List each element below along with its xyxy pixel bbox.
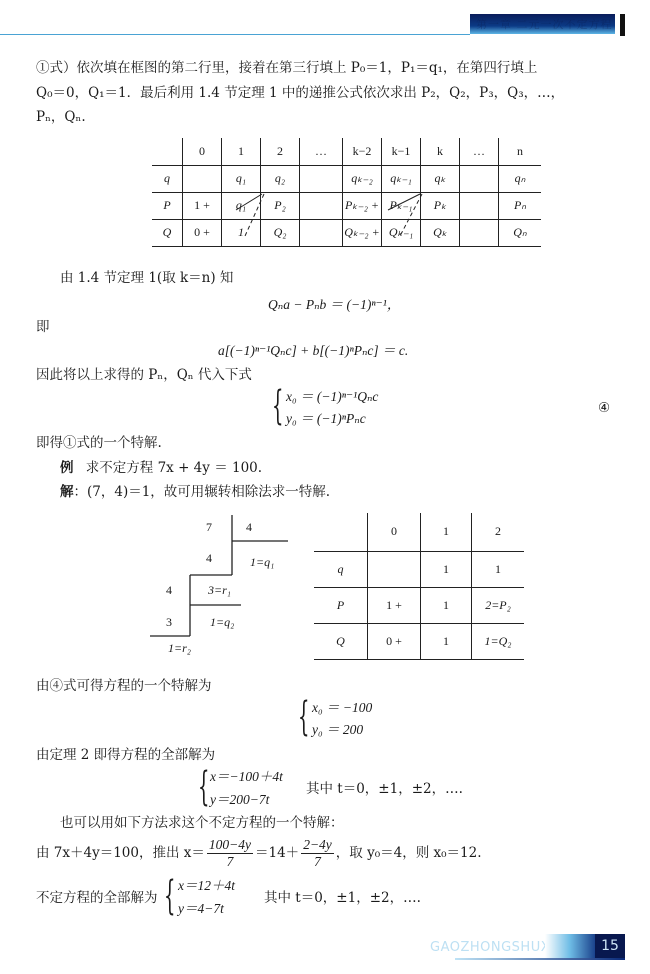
label-ji: 即 <box>36 317 50 337</box>
para1-line1: ①式）依次填在框图的第二行里，接着在第三行填上 P₀＝1，P₁＝q₁，在第四行填… <box>36 58 537 78</box>
para1-line3: Pₙ，Qₙ. <box>36 107 86 127</box>
alt-method-text: 也可以用如下方法求这个不定方程的一个特解： <box>60 813 344 833</box>
fraction-1: 100−4y7 <box>207 837 253 870</box>
system3-y: y＝200−7t <box>210 790 269 810</box>
equation-1: Qₙa − Pₙb ＝ (−1)ⁿ⁻¹， <box>268 295 400 315</box>
example-recurrence-table: 0 1 2 q 1 1 P 1 + 1 2=P₂ Q 0 + 1 1=Q₂ <box>314 513 524 660</box>
equation-2: a[(−1)ⁿ⁻¹Qₙc] + b[(−1)ⁿPₙc] ＝ c. <box>218 341 408 361</box>
page-number: 15 <box>595 934 625 958</box>
theorem-intro: 由 1.4 节定理 1(取 k＝n) 知 <box>60 268 233 288</box>
solution-text: ：(7，4)＝1，故可用辗转相除法求一特解. <box>74 484 331 500</box>
t2-row-p: P 1 + 1 2=P₂ <box>314 587 524 623</box>
brace-system-2: { <box>298 697 309 737</box>
derivation: 由 7x＋4y＝100，推出 x＝100−4y7＝14＋2−4y7，取 y₀＝4… <box>36 836 482 870</box>
t2-row-q: q 1 1 <box>314 551 524 587</box>
equation-marker-4: ④ <box>598 398 610 418</box>
system4-where: 其中 t＝0，±1，±2，…. <box>264 888 421 908</box>
brace-system-3: { <box>198 767 209 807</box>
example-label: 例 <box>60 460 74 476</box>
brace-system-1: { <box>272 386 283 426</box>
recurrence-table: 0 1 2 … k−2 k−1 k … n q q₁ q₂ qₖ₋₂ qₖ₋₁ … <box>152 138 541 247</box>
recurrence-arrows <box>152 138 542 250</box>
substitute-text: 因此将以上求得的 Pₙ，Qₙ 代入下式 <box>36 365 252 385</box>
t2-row-q-upper: Q 0 + 1 1=Q₂ <box>314 623 524 659</box>
solution-label: 解 <box>60 484 74 500</box>
system1-y: y₀ ＝ (−1)ⁿPₙc <box>286 409 366 429</box>
all-solutions-label: 不定方程的全部解为 <box>36 888 158 908</box>
theorem2-text: 由定理 2 即得方程的全部解为 <box>36 745 215 765</box>
footer-rule <box>455 958 625 960</box>
system1-x: x₀ ＝ (−1)ⁿ⁻¹Qₙc <box>286 387 378 407</box>
system4-x: x＝12＋4t <box>178 876 235 896</box>
particular-text: 即得①式的一个特解. <box>36 433 162 453</box>
system2-y: y₀ ＝ 200 <box>312 720 363 740</box>
from-equation-4: 由④式可得方程的一个特解为 <box>36 676 212 696</box>
header-rule <box>0 34 470 35</box>
system2-x: x₀ ＝ −100 <box>312 698 372 718</box>
solution: 解：(7，4)＝1，故可用辗转相除法求一特解. <box>60 482 330 502</box>
para1-line2: Q₀＝0，Q₁＝1．最后利用 1.4 节定理 1 中的递推公式依次求出 P₂，Q… <box>36 83 564 103</box>
header-marker <box>620 14 625 36</box>
fraction-2: 2−4y7 <box>301 837 334 870</box>
brace-system-4: { <box>164 876 175 916</box>
running-title: 第一章 二元一次不定方程 <box>476 16 613 32</box>
system3-x: x＝−100＋4t <box>210 767 283 787</box>
footer-gradient-bar <box>545 934 600 958</box>
example-text: 求不定方程 7x + 4y ＝ 100. <box>86 460 262 476</box>
euclid-division-diagram: 7 4 4 1=q₁ 4 3=r₁ 3 1=q₂ 1=r₂ <box>140 505 310 665</box>
system4-y: y＝4−7t <box>178 899 224 919</box>
example: 例 求不定方程 7x + 4y ＝ 100. <box>60 458 262 478</box>
system3-where: 其中 t＝0，±1，±2，…. <box>306 779 463 799</box>
